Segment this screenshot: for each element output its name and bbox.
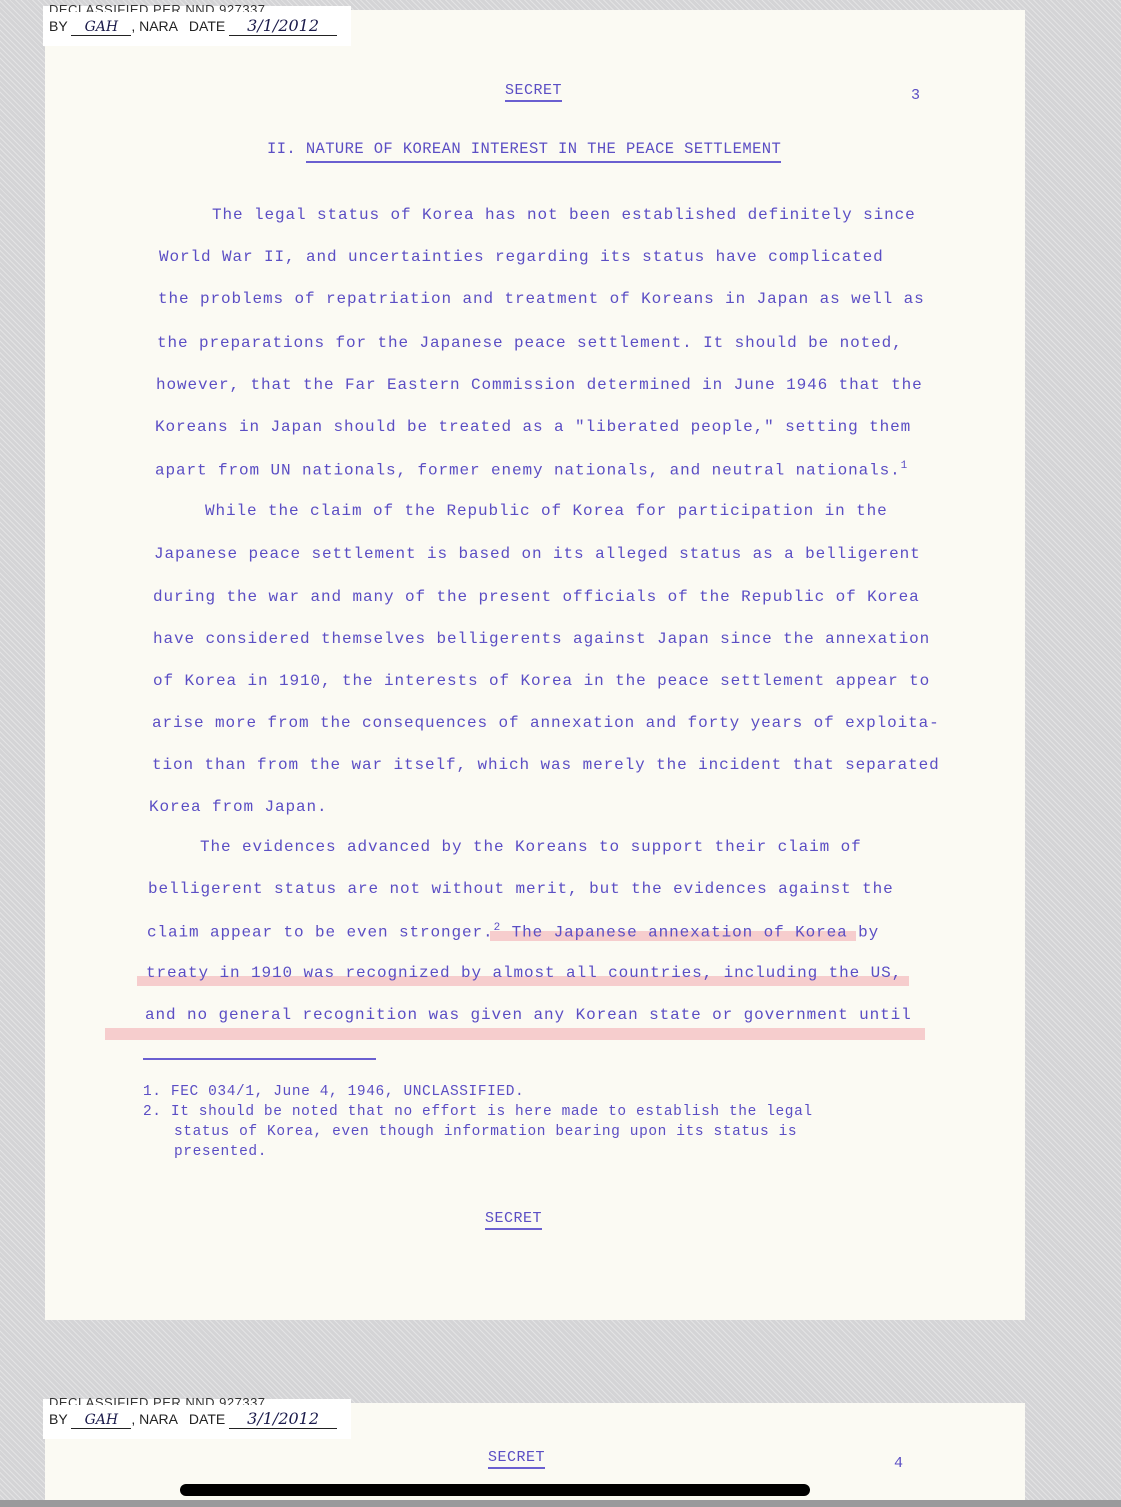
body-line: the preparations for the Japanese peace … — [157, 334, 903, 352]
body-line: belligerent status are not without merit… — [148, 880, 894, 898]
body-line: however, that the Far Eastern Commission… — [156, 376, 923, 394]
declassification-stamp: DECLASSIFIED PER NND 927337 BY GAH, NARA… — [43, 6, 351, 46]
stamp-date-label: DATE — [189, 1411, 225, 1427]
body-line: Koreans in Japan should be treated as a … — [155, 418, 911, 436]
highlight-mark — [105, 1028, 925, 1040]
stamp-by-label: BY — [49, 18, 67, 34]
section-heading: II. NATURE OF KOREAN INTEREST IN THE PEA… — [267, 140, 781, 158]
stamp-date-label: DATE — [189, 18, 225, 34]
stamp-agency: , NARA — [131, 1411, 177, 1427]
section-number: II. — [267, 140, 296, 158]
footnote-2-cont: status of Korea, even though information… — [174, 1122, 797, 1142]
body-line: have considered themselves belligerents … — [153, 630, 930, 648]
stamp-initials: GAH — [71, 19, 131, 36]
stamp-agency: , NARA — [131, 18, 177, 34]
body-line: The legal status of Korea has not been e… — [212, 206, 916, 224]
body-line: Korea from Japan. — [149, 798, 328, 816]
stamp-date: 3/1/2012 — [229, 16, 337, 36]
stamp-authority: DECLASSIFIED PER NND 927337 — [49, 1395, 266, 1405]
home-indicator[interactable] — [180, 1484, 810, 1496]
body-line: the problems of repatriation and treatme… — [158, 290, 925, 308]
body-line: and no general recognition was given any… — [145, 1006, 912, 1024]
body-line: arise more from the consequences of anne… — [152, 714, 940, 732]
highlighted-text: The Japanese annexation of Korea by — [501, 923, 879, 941]
footnote-2: 2. It should be noted that no effort is … — [143, 1102, 813, 1122]
bottom-toolbar-edge — [0, 1500, 1121, 1507]
footnote-reference: 2 — [494, 922, 502, 934]
stamp-initials: GAH — [71, 1412, 131, 1429]
document-page-3: DECLASSIFIED PER NND 927337 BY GAH, NARA… — [45, 10, 1025, 1320]
footnote-reference: 1 — [901, 460, 909, 472]
body-line: While the claim of the Republic of Korea… — [205, 502, 888, 520]
body-line: World War II, and uncertainties regardin… — [159, 248, 884, 266]
body-line: apart from UN nationals, former enemy na… — [155, 460, 908, 479]
classification-marking-top: SECRET — [488, 1449, 545, 1469]
stamp-by-label: BY — [49, 1411, 67, 1427]
body-line: of Korea in 1910, the interests of Korea… — [153, 672, 930, 690]
body-line: Japanese peace settlement is based on it… — [154, 545, 921, 563]
stamp-authority: DECLASSIFIED PER NND 927337 — [49, 2, 266, 12]
body-line: tion than from the war itself, which was… — [152, 756, 940, 774]
page-number: 3 — [911, 87, 920, 104]
body-line: claim appear to be even stronger.2 The J… — [147, 922, 879, 941]
page-number: 4 — [894, 1455, 903, 1472]
footnote-1: 1. FEC 034/1, June 4, 1946, UNCLASSIFIED… — [143, 1082, 524, 1102]
body-line: treaty in 1910 was recognized by almost … — [146, 964, 902, 982]
classification-marking-bottom: SECRET — [485, 1210, 542, 1230]
classification-marking-top: SECRET — [505, 82, 562, 102]
body-line: The evidences advanced by the Koreans to… — [200, 838, 862, 856]
declassification-stamp: DECLASSIFIED PER NND 927337 BY GAH, NARA… — [43, 1399, 351, 1439]
stamp-date: 3/1/2012 — [229, 1409, 337, 1429]
footnote-2-cont: presented. — [174, 1142, 267, 1162]
section-title: NATURE OF KOREAN INTEREST IN THE PEACE S… — [306, 140, 781, 163]
body-line: during the war and many of the present o… — [153, 588, 920, 606]
footnote-divider — [143, 1058, 376, 1060]
